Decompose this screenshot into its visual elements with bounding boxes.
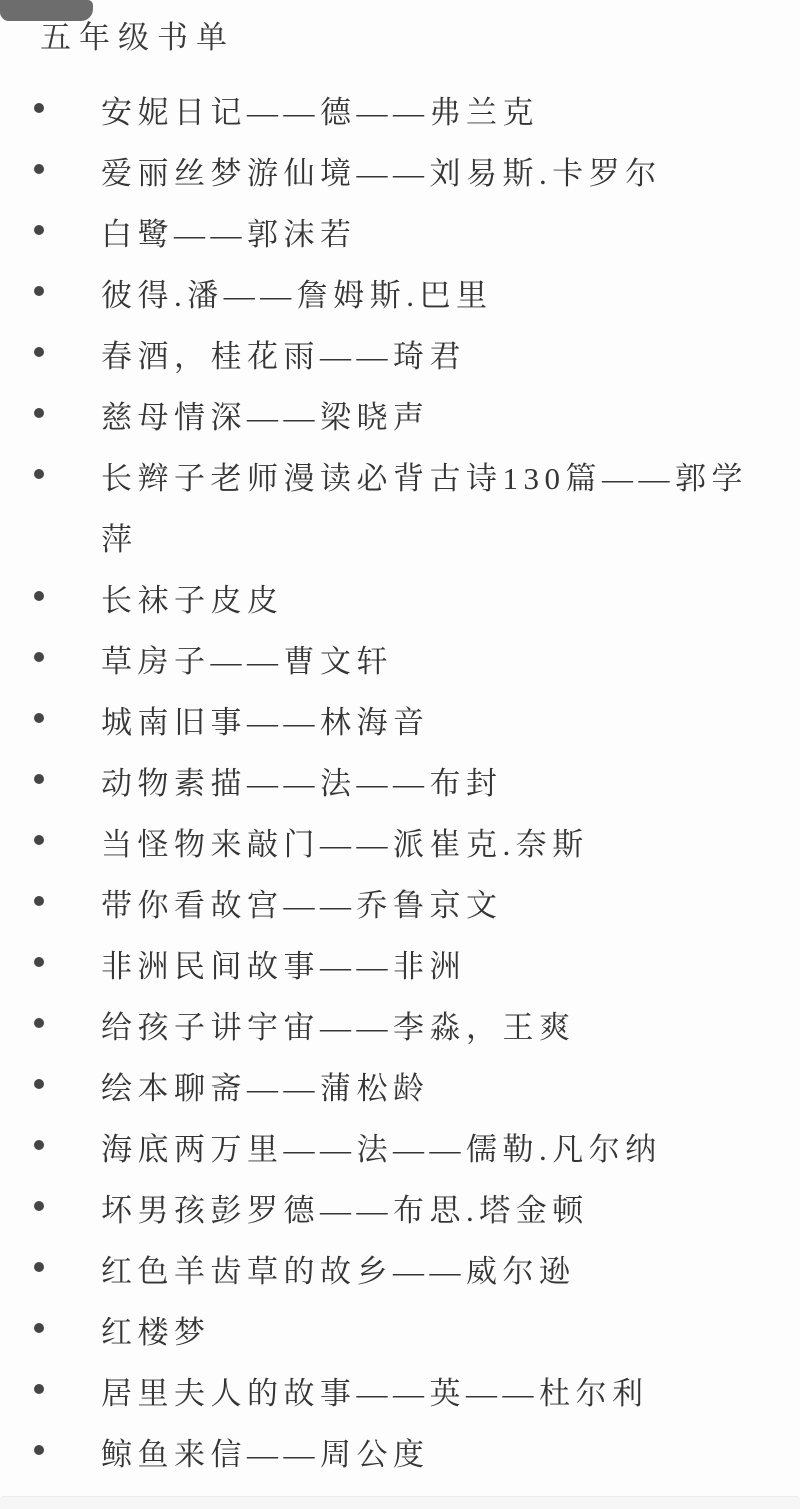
bullet-icon — [34, 164, 44, 174]
bullet-icon — [34, 1262, 44, 1272]
list-item: 长袜子皮皮 — [0, 570, 800, 631]
list-item: 坏男孩彭罗德——布思.塔金顿 — [0, 1180, 800, 1241]
corner-tab — [0, 0, 93, 21]
bullet-icon — [34, 896, 44, 906]
book-entry-text: 绘本聊斋——蒲松龄 — [101, 1058, 430, 1119]
bullet-icon — [34, 347, 44, 357]
list-item: 长辫子老师漫读必背古诗130篇——郭学萍 — [0, 448, 800, 570]
list-item: 爱丽丝梦游仙境——刘易斯.卡罗尔 — [0, 143, 800, 204]
book-entry-text: 红楼梦 — [101, 1302, 211, 1363]
bullet-icon — [34, 1018, 44, 1028]
list-item: 草房子——曹文轩 — [0, 631, 800, 692]
bullet-icon — [34, 408, 44, 418]
book-entry-text: 长辫子老师漫读必背古诗130篇——郭学萍 — [101, 448, 751, 570]
book-entry-text: 给孩子讲宇宙——李淼，王爽 — [101, 997, 576, 1058]
book-entry-text: 当怪物来敲门——派崔克.奈斯 — [101, 814, 589, 875]
book-entry-text: 海底两万里——法——儒勒.凡尔纳 — [101, 1119, 662, 1180]
list-item: 春酒，桂花雨——琦君 — [0, 326, 800, 387]
book-entry-text: 长袜子皮皮 — [101, 570, 284, 631]
book-entry-text: 城南旧事——林海音 — [101, 692, 430, 753]
bullet-icon — [34, 774, 44, 784]
list-item: 红楼梦 — [0, 1302, 800, 1363]
document-page: 五年级书单 安妮日记——德——弗兰克 爱丽丝梦游仙境——刘易斯.卡罗尔 白鹭——… — [0, 0, 800, 1485]
list-item: 海底两万里——法——儒勒.凡尔纳 — [0, 1119, 800, 1180]
list-item: 安妮日记——德——弗兰克 — [0, 82, 800, 143]
book-entry-text: 草房子——曹文轩 — [101, 631, 393, 692]
bullet-icon — [34, 286, 44, 296]
book-entry-text: 非洲民间故事——非洲 — [101, 936, 466, 997]
list-item: 给孩子讲宇宙——李淼，王爽 — [0, 997, 800, 1058]
book-entry-text: 白鹭——郭沫若 — [101, 204, 357, 265]
list-item: 红色羊齿草的故乡——威尔逊 — [0, 1241, 800, 1302]
list-item: 绘本聊斋——蒲松龄 — [0, 1058, 800, 1119]
list-item: 彼得.潘——詹姆斯.巴里 — [0, 265, 800, 326]
book-entry-text: 居里夫人的故事——英——杜尔利 — [101, 1363, 649, 1424]
bullet-icon — [34, 591, 44, 601]
page-title: 五年级书单 — [0, 0, 800, 59]
bullet-icon — [34, 1201, 44, 1211]
bullet-icon — [34, 835, 44, 845]
book-list: 安妮日记——德——弗兰克 爱丽丝梦游仙境——刘易斯.卡罗尔 白鹭——郭沫若 彼得… — [0, 82, 800, 1485]
bullet-icon — [34, 957, 44, 967]
book-entry-text: 春酒，桂花雨——琦君 — [101, 326, 466, 387]
bullet-icon — [34, 1384, 44, 1394]
bullet-icon — [34, 713, 44, 723]
book-entry-text: 爱丽丝梦游仙境——刘易斯.卡罗尔 — [101, 143, 662, 204]
book-entry-text: 动物素描——法——布封 — [101, 753, 503, 814]
bullet-icon — [34, 1323, 44, 1333]
bottom-edge-bar — [0, 1496, 800, 1509]
bullet-icon — [34, 469, 44, 479]
book-entry-text: 红色羊齿草的故乡——威尔逊 — [101, 1241, 576, 1302]
book-entry-text: 慈母情深——梁晓声 — [101, 387, 430, 448]
list-item: 动物素描——法——布封 — [0, 753, 800, 814]
bullet-icon — [34, 1140, 44, 1150]
list-item: 居里夫人的故事——英——杜尔利 — [0, 1363, 800, 1424]
list-item: 鲸鱼来信——周公度 — [0, 1424, 800, 1485]
list-item: 城南旧事——林海音 — [0, 692, 800, 753]
list-item: 慈母情深——梁晓声 — [0, 387, 800, 448]
book-entry-text: 安妮日记——德——弗兰克 — [101, 82, 539, 143]
book-entry-text: 坏男孩彭罗德——布思.塔金顿 — [101, 1180, 589, 1241]
bullet-icon — [34, 103, 44, 113]
list-item: 白鹭——郭沫若 — [0, 204, 800, 265]
book-entry-text: 鲸鱼来信——周公度 — [101, 1424, 430, 1485]
bullet-icon — [34, 1445, 44, 1455]
list-item: 带你看故宫——乔鲁京文 — [0, 875, 800, 936]
bullet-icon — [34, 1079, 44, 1089]
book-entry-text: 彼得.潘——詹姆斯.巴里 — [101, 265, 493, 326]
bullet-icon — [34, 225, 44, 235]
list-item: 当怪物来敲门——派崔克.奈斯 — [0, 814, 800, 875]
bullet-icon — [34, 652, 44, 662]
list-item: 非洲民间故事——非洲 — [0, 936, 800, 997]
book-entry-text: 带你看故宫——乔鲁京文 — [101, 875, 503, 936]
